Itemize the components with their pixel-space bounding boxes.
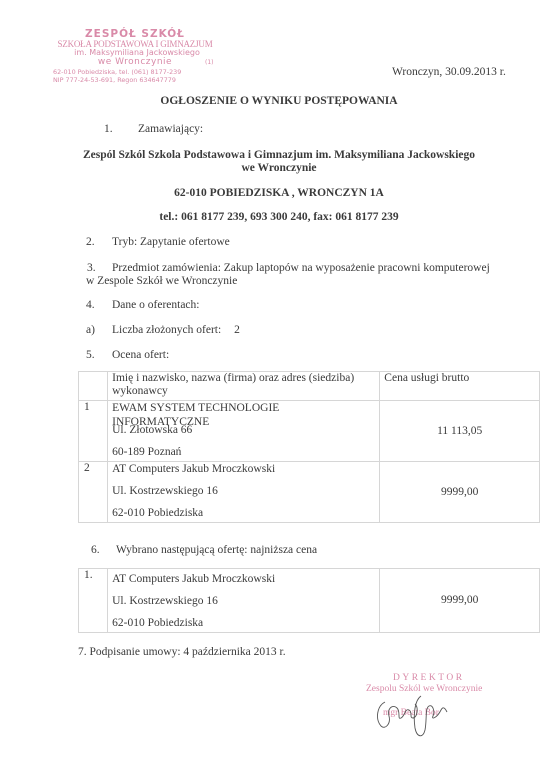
section-1-heading: 1.Zamawiający: xyxy=(104,123,203,135)
document-title: OGŁOSZENIE O WYNIKU POSTĘPOWANIA xyxy=(0,95,558,107)
contractor-city: 62-010 Pobiedziska xyxy=(112,506,375,522)
row-contractor: AT Computers Jakub Mroczkowski Ul. Kostr… xyxy=(108,569,380,633)
contractor-street: Ul. Złotowska 66 xyxy=(112,423,375,445)
contractor-street: Ul. Kostrzewskiego 16 xyxy=(112,484,375,506)
section-number: 5. xyxy=(86,349,112,361)
org-name-line-2: we Wronczynie xyxy=(0,162,558,174)
section-number: 4. xyxy=(86,299,112,311)
contractor-city: 60-189 Poznań xyxy=(112,445,375,461)
contractor-street: Ul. Kostrzewskiego 16 xyxy=(112,594,375,616)
section-text: Tryb: Zapytanie ofertowe xyxy=(112,236,230,248)
contractor-name: EWAM SYSTEM TECHNOLOGIE INFORMATYCZNE xyxy=(112,401,375,423)
offers-table: Imię i nazwisko, nazwa (firma) oraz adre… xyxy=(78,371,540,523)
section-text: Przedmiot zamówienia: Zakup laptopów na … xyxy=(112,262,490,274)
section-label: Zamawiający: xyxy=(138,123,203,135)
section-4: 4.Dane o oferentach: xyxy=(86,299,199,311)
offer-count-label: Liczba złożonych ofert: xyxy=(112,324,221,336)
section-4a: a)Liczba złożonych ofert: 2 xyxy=(86,324,240,336)
offer-count-value: 2 xyxy=(234,324,240,336)
table-row: 2 AT Computers Jakub Mroczkowski Ul. Kos… xyxy=(79,462,540,523)
section-3-line-1: 3.Przedmiot zamówienia: Zakup laptopów n… xyxy=(87,262,490,274)
contractor-name: AT Computers Jakub Mroczkowski xyxy=(112,462,375,484)
section-number: a) xyxy=(86,324,112,336)
director-title: DYREKTOR xyxy=(393,673,465,683)
stamp-line-4-suffix: (1) xyxy=(205,59,214,66)
director-school: Zespolu Szkól we Wronczynie xyxy=(366,684,482,694)
table-row: 1. AT Computers Jakub Mroczkowski Ul. Ko… xyxy=(79,569,540,633)
header-contractor: Imię i nazwisko, nazwa (firma) oraz adre… xyxy=(108,372,380,401)
table-row: 1 EWAM SYSTEM TECHNOLOGIE INFORMATYCZNE … xyxy=(79,401,540,462)
org-address: 62-010 POBIEDZISKA , WRONCZYN 1A xyxy=(0,187,558,199)
row-index: 1 xyxy=(79,401,108,462)
section-7: 7. Podpisanie umowy: 4 października 2013… xyxy=(78,646,286,658)
section-5: 5.Ocena ofert: xyxy=(86,349,169,361)
org-contact: tel.: 061 8177 239, 693 300 240, fax: 06… xyxy=(0,211,558,223)
header-index xyxy=(79,372,108,401)
section-text: Wybrano następującą ofertę: najniższa ce… xyxy=(116,544,317,556)
section-text: Dane o oferentach: xyxy=(112,299,199,311)
section-2: 2.Tryb: Zapytanie ofertowe xyxy=(86,236,230,248)
stamp-line-6: NIP 777-24-53-691, Regon 634647779 xyxy=(53,76,223,84)
document-date: Wronczyn, 30.09.2013 r. xyxy=(392,66,506,78)
section-number: 1. xyxy=(104,123,138,135)
contractor-name: AT Computers Jakub Mroczkowski xyxy=(112,572,375,594)
section-text: Ocena ofert: xyxy=(112,349,169,361)
table-header-row: Imię i nazwisko, nazwa (firma) oraz adre… xyxy=(79,372,540,401)
section-number: 2. xyxy=(86,236,112,248)
row-price: 11 113,05 xyxy=(380,401,540,462)
selected-offer-table: 1. AT Computers Jakub Mroczkowski Ul. Ko… xyxy=(78,568,540,633)
stamp-line-4: we Wronczynie xyxy=(80,57,190,67)
section-6: 6.Wybrano następującą ofertę: najniższa … xyxy=(91,544,317,556)
row-contractor: EWAM SYSTEM TECHNOLOGIE INFORMATYCZNE Ul… xyxy=(108,401,380,462)
row-price: 9999,00 xyxy=(380,462,540,523)
row-index: 1. xyxy=(79,569,108,633)
org-name-line-1: Zespól Szkól Szkola Podstawowa i Gimnazj… xyxy=(0,149,558,161)
section-number: 3. xyxy=(87,262,112,274)
section-number: 6. xyxy=(91,544,116,556)
row-contractor: AT Computers Jakub Mroczkowski Ul. Kostr… xyxy=(108,462,380,523)
stamp-line-3: im. Maksymiliana Jackowskiego xyxy=(52,48,222,57)
handwritten-signature xyxy=(375,694,455,744)
stamp-line-5: 62-010 Pobiedziska, tel. (061) 8177-239 xyxy=(53,68,223,76)
row-index: 2 xyxy=(79,462,108,523)
row-price: 9999,00 xyxy=(380,569,540,633)
contractor-city: 62-010 Pobiedziska xyxy=(112,616,375,632)
section-3-line-2: w Zespole Szkół we Wronczynie xyxy=(86,275,237,287)
header-price: Cena usługi brutto xyxy=(380,372,540,401)
